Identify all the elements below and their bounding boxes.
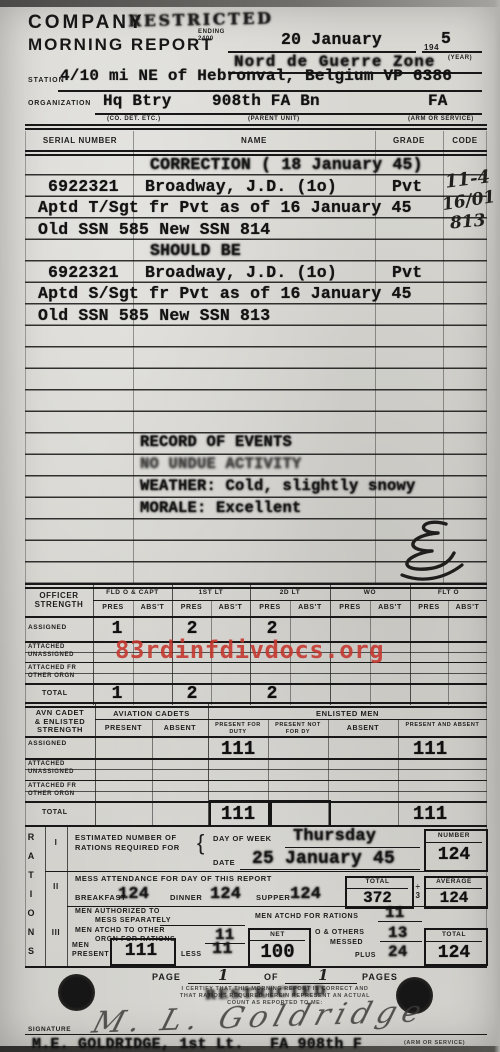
cadet-strength-corner: AVN CADET & ENLISTED STRENGTH — [27, 709, 93, 735]
cadet-row-assigned: ASSIGNED — [28, 740, 67, 747]
mess-attendance-label: MESS ATTENDANCE FOR DAY OF THIS REPORT — [75, 874, 272, 883]
report-date: 20 January — [281, 30, 382, 49]
roster-row-grade: Pvt — [392, 263, 422, 282]
rule-line — [25, 683, 487, 685]
officer-row-assigned: ASSIGNED — [28, 624, 67, 631]
rations-estimated-line1: ESTIMATED NUMBER OF — [75, 833, 177, 842]
page-number-handwritten: 1 — [218, 966, 228, 984]
site-watermark: 83rdinfdivdocs.org — [115, 636, 384, 664]
events-morale: MORALE: Excellent — [140, 499, 302, 517]
roster-row: CORRECTION ( 18 January 45) — [150, 155, 423, 174]
roster-row-code-handwritten: 813 — [449, 210, 486, 233]
officer-total-1stlt-pres: 2 — [178, 684, 206, 704]
date-label: DATE — [213, 858, 235, 867]
officer-vline — [93, 583, 94, 705]
average-value: 124 — [426, 889, 482, 907]
men-word: MEN — [72, 942, 89, 949]
officer-sub-pres: PRES — [250, 604, 290, 611]
rations-date-value: 25 January 45 — [252, 849, 395, 869]
arm-service-caption: (ARM OR SERVICE) — [404, 1040, 465, 1046]
plus-value: 24 — [388, 943, 408, 961]
men-present-value: 111 — [112, 941, 170, 961]
events-title: RECORD OF EVENTS — [140, 433, 292, 451]
rations-brace: { — [197, 830, 205, 856]
officer-group-fldo: FLD O & CAPT — [93, 589, 172, 596]
year-caption: (YEAR) — [448, 55, 472, 61]
rations-estimated-label: ESTIMATED NUMBER OF RATIONS REQUIRED FOR — [75, 833, 180, 853]
men-atchd-for-rations-label: MEN ATCHD FOR RATIONS — [255, 913, 358, 920]
rule-line — [25, 825, 487, 827]
men-authorized-line2: MESS SEPARATELY — [95, 917, 171, 924]
officer-sub-abst: ABS'T — [290, 604, 330, 611]
officer-vline — [486, 583, 487, 705]
divide-label: ÷ 3 — [412, 882, 424, 900]
pages-label: PAGES — [362, 972, 398, 982]
cadet-group-enlisted: ENLISTED MEN — [208, 709, 487, 718]
officer-sub-abst: ABS'T — [370, 604, 410, 611]
men-atchd-other-line1: MEN ATCHD TO OTHER — [75, 927, 165, 934]
organization-arm: FA — [428, 92, 448, 110]
punch-hole-left — [58, 974, 95, 1011]
supper-label: SUPPER — [256, 893, 290, 902]
roster-vline — [25, 131, 26, 583]
less-label: LESS — [181, 951, 202, 958]
cadet-vline — [328, 719, 329, 825]
year-value: 5 — [441, 29, 451, 48]
supper-value: 124 — [290, 885, 321, 904]
enlisted-col-pnfd: PRESENT NOT FOR DY — [270, 722, 326, 735]
roster-row: SHOULD BE — [150, 241, 241, 260]
organization-parent: 908th FA Bn — [212, 92, 320, 110]
events-activity: NO UNDUE ACTIVITY — [140, 455, 302, 473]
cadet-vline — [95, 704, 96, 825]
roster-header-serial: SERIAL NUMBER — [30, 136, 130, 145]
rule-line — [380, 941, 422, 942]
plus-label: PLUS — [355, 952, 376, 959]
officer-corner-line1: OFFICER — [39, 591, 78, 600]
officer-row-total: TOTAL — [42, 690, 68, 697]
sub-arm-label: (ARM OR SERVICE) — [408, 116, 474, 122]
officer-sub-pres: PRES — [330, 604, 370, 611]
rule-line — [25, 128, 487, 130]
officer-subline — [448, 600, 449, 705]
officer-vline — [25, 583, 26, 705]
form-title-line2: MORNING REPORT — [28, 35, 214, 55]
officer-sub-pres: PRES — [172, 604, 211, 611]
page-label: PAGE — [152, 972, 181, 982]
dinner-label: DINNER — [170, 893, 202, 902]
men-present-label: MEN PRESENT — [72, 941, 109, 959]
men-atchd-for-rations-value: 11 — [385, 904, 405, 922]
officer-group-flto: FLT O — [410, 589, 487, 596]
typed-officer-unit: FA 908th F — [270, 1036, 362, 1052]
cadet-group-aviation: AVIATION CADETS — [95, 709, 208, 718]
cadet-vline — [486, 704, 487, 825]
roster-row-name: Old SSN 585 New SSN 814 — [38, 220, 270, 239]
others-messed-value: 13 — [388, 924, 408, 942]
net-value: 100 — [250, 941, 305, 963]
events-weather: WEATHER: Cold, slightly snowy — [140, 477, 416, 495]
rule-line — [378, 921, 422, 922]
others-messed-line2: MESSED — [330, 939, 363, 946]
scan-edge-top — [0, 0, 500, 7]
cadet-vline — [152, 719, 153, 825]
morning-report-scan: COMPANY MORNING REPORT RESTRICTED ENDING… — [0, 0, 500, 1052]
of-label: OF — [264, 972, 279, 982]
rations-sec1-numeral: I — [46, 838, 66, 847]
rule-line — [67, 906, 487, 907]
less-value: 11 — [212, 940, 233, 959]
rule-line — [25, 124, 487, 126]
total-label: TOTAL — [347, 878, 408, 885]
present-word: PRESENT — [72, 951, 109, 958]
organization-label: ORGANIZATION — [28, 100, 91, 107]
roster-row-name: Aptd S/Sgt fr Pvt as of 16 January 45 — [38, 284, 412, 303]
rations-vertical-label: RATIONS — [26, 832, 36, 964]
officer-sub-pres: PRES — [410, 604, 448, 611]
signature-label: SIGNATURE — [28, 1026, 71, 1033]
enlisted-assigned-pa: 111 — [400, 738, 460, 760]
cadet-vline — [208, 704, 209, 825]
cadet-vline — [398, 719, 399, 825]
officer-corner-line2: STRENGTH — [35, 600, 84, 609]
roster-row-name: Aptd T/Sgt fr Pvt as of 16 January 45 — [38, 198, 412, 217]
number-label: NUMBER — [426, 832, 482, 839]
sub-parent-label: (PARENT UNIT) — [248, 116, 300, 122]
roster-header-grade: GRADE — [375, 136, 443, 145]
roster-row-name: Broadway, J.D. (1o) — [145, 177, 337, 196]
enlisted-col-absent: ABSENT — [328, 725, 398, 732]
dinner-value: 124 — [210, 885, 241, 904]
enlisted-total-pfd: 111 — [210, 803, 266, 825]
officer-total-2dlt-pres: 2 — [258, 684, 286, 704]
roster-row-serial: 6922321 — [48, 263, 119, 282]
ending-label-time: 2400 — [198, 36, 214, 42]
roster-row-serial: 6922321 — [48, 177, 119, 196]
organization-unit: Hq Btry — [103, 92, 172, 110]
organization-underline — [95, 113, 482, 115]
typed-officer-name: M.E. GOLDRIDGE, 1st Lt. — [32, 1036, 244, 1052]
handwritten-flourish — [382, 516, 466, 584]
rule-line — [285, 847, 420, 848]
rations-vline — [67, 827, 68, 966]
officer-sub-abst: ABS'T — [448, 604, 487, 611]
officer-total-fld-pres: 1 — [103, 684, 131, 704]
roster-row-name: Broadway, J.D. (1o) — [145, 263, 337, 282]
rule-line — [25, 673, 487, 674]
cadet-col-present: PRESENT — [95, 725, 152, 732]
breakfast-value: 124 — [118, 885, 149, 904]
roster-header-code: CODE — [443, 136, 487, 145]
officer-vline — [410, 583, 411, 705]
rations-sec3-numeral: III — [46, 928, 66, 937]
rule-line — [25, 150, 487, 152]
day-of-week-label: DAY OF WEEK — [213, 834, 272, 843]
roster-header-name: NAME — [133, 136, 375, 145]
rule-line — [25, 583, 487, 585]
rule-line — [25, 616, 487, 618]
rations-sec2-numeral: II — [46, 882, 66, 891]
average-label: AVERAGE — [426, 878, 482, 885]
officer-group-2dlt: 2D LT — [250, 589, 330, 596]
rations-estimated-line2: RATIONS REQUIRED FOR — [75, 843, 180, 852]
others-messed-line1: O & OTHERS — [315, 929, 365, 936]
rations-vline — [45, 827, 46, 966]
day-of-week-value: Thursday — [293, 827, 376, 846]
rule-line — [45, 871, 487, 872]
scan-edge-right — [494, 0, 500, 1052]
ending-label: ENDING 2400 — [198, 29, 225, 43]
rule-line — [426, 941, 482, 942]
rations-total-value: 124 — [426, 943, 482, 963]
cadet-col-absent: ABSENT — [152, 725, 208, 732]
ending-label-word: ENDING — [198, 29, 225, 35]
roster-row-grade: Pvt — [392, 177, 422, 196]
sub-co-label: (CO. DET. ETC.) — [107, 116, 161, 122]
net-label: NET — [250, 931, 305, 938]
cadet-vline — [25, 704, 26, 825]
officer-strength-corner: OFFICER STRENGTH — [27, 591, 91, 609]
cadet-corner-line3: STRENGTH — [37, 725, 83, 734]
rule-line — [426, 842, 482, 843]
enlisted-col-pfd: PRESENT FOR DUTY — [210, 722, 266, 735]
station-value: 4/10 mi NE of Hebronval, Belgium VP 6386 — [60, 67, 452, 85]
restricted-stamp-top: RESTRICTED — [128, 8, 274, 30]
enlisted-total-pa: 111 — [400, 803, 460, 825]
rule-line — [25, 966, 487, 968]
rule-line — [240, 869, 420, 870]
pages-number-handwritten: 1 — [318, 966, 328, 984]
rations-vline — [25, 827, 26, 966]
roster-row-name: Old SSN 585 New SSN 813 — [38, 306, 270, 325]
officer-sub-abst: ABS'T — [133, 604, 172, 611]
cadet-vline — [268, 719, 269, 825]
rations-total-label: TOTAL — [426, 931, 482, 938]
officer-sub-pres: PRES — [93, 604, 133, 611]
officer-group-wo: WO — [330, 589, 410, 596]
men-authorized-line1: MEN AUTHORIZED TO — [75, 908, 160, 915]
enlisted-col-pa: PRESENT AND ABSENT — [400, 722, 485, 729]
enlisted-assigned-pfd: 111 — [210, 738, 266, 760]
rule-line — [95, 719, 487, 720]
cadet-row-total: TOTAL — [42, 809, 68, 816]
enlisted-total-pnfd-box — [270, 800, 331, 827]
number-value: 124 — [426, 845, 482, 865]
officer-sub-abst: ABS'T — [211, 604, 250, 611]
officer-group-1stlt: 1ST LT — [172, 589, 250, 596]
